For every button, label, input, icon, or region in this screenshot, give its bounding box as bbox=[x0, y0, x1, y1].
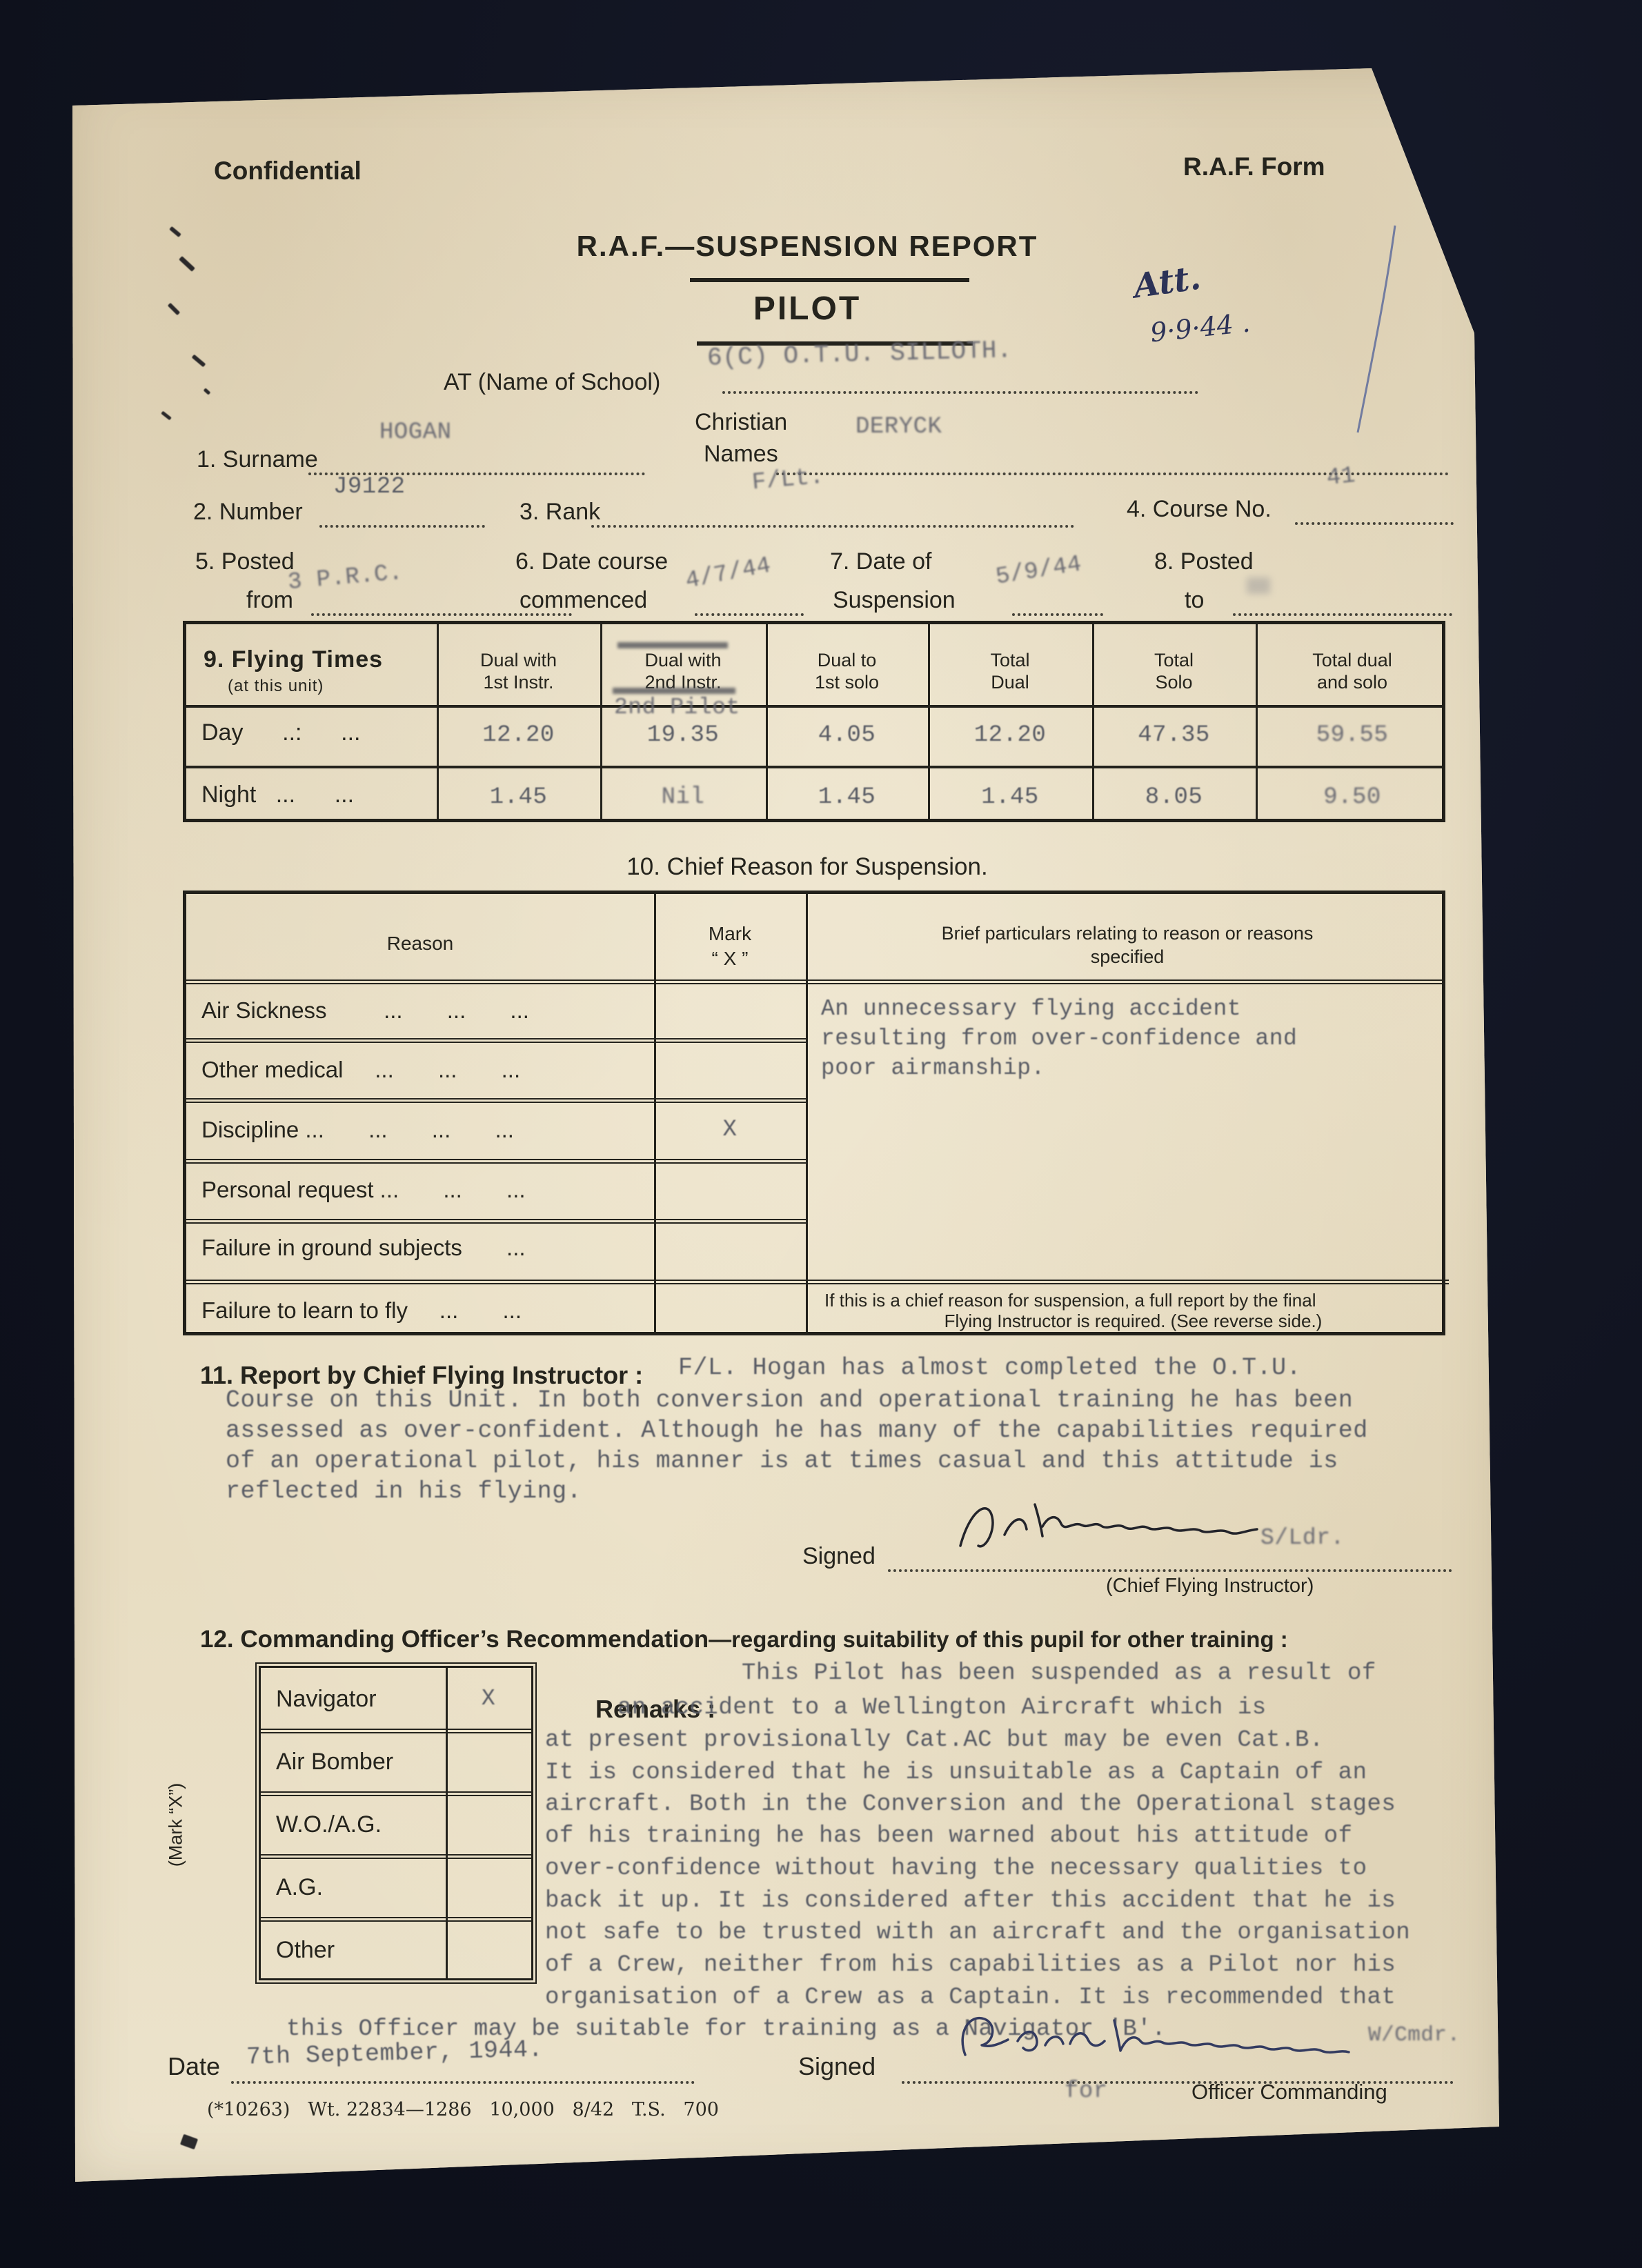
remarks-typed-line: of his training he has been warned about… bbox=[545, 1823, 1353, 1849]
table-row-line bbox=[261, 1854, 531, 1856]
table-row-line bbox=[186, 1159, 808, 1160]
course-no-typed: 41 bbox=[1325, 463, 1357, 492]
for-typed: for bbox=[1065, 2078, 1108, 2105]
print-code: (*10263) Wt. 22834—1286 10,000 8/42 T.S.… bbox=[207, 2099, 719, 2120]
col-header-particulars: Brief particulars relating to reason or … bbox=[806, 922, 1449, 968]
cfi-signature bbox=[952, 1486, 1283, 1569]
reason-footnote: If this is a chief reason for suspension… bbox=[824, 1290, 1442, 1331]
cfi-typed-line: of an operational pilot, his manner is a… bbox=[226, 1447, 1338, 1475]
overtype-strike-line bbox=[617, 642, 728, 648]
night-value: 1.45 bbox=[928, 784, 1092, 810]
flying-times-table: 9. Flying Times (at this unit) Dual with… bbox=[183, 621, 1445, 822]
date-label: Date bbox=[168, 2052, 220, 2081]
cfi-typed-line: reflected in his flying. bbox=[226, 1478, 582, 1505]
confidential-label: Confidential bbox=[214, 157, 362, 186]
col-header-reason: Reason bbox=[186, 933, 654, 955]
particulars-typed-line: poor airmanship. bbox=[821, 1055, 1045, 1081]
co-signed-label: Signed bbox=[798, 2052, 876, 2081]
ink-speck bbox=[192, 355, 206, 368]
title-underline bbox=[690, 278, 969, 282]
co-heading-bold: 12. Commanding Officer’s Recommendation bbox=[200, 1626, 709, 1653]
rank-label: 3. Rank bbox=[520, 499, 600, 526]
night-value: Nil bbox=[600, 784, 766, 810]
col-header-mark: Mark “ X ” bbox=[654, 922, 806, 971]
col-header-line: Total bbox=[928, 649, 1092, 671]
posted-from-typed: 3 P.R.C. bbox=[287, 560, 404, 596]
ink-speck bbox=[179, 256, 195, 272]
table-row-line bbox=[186, 1098, 808, 1100]
posted-to-label-2: to bbox=[1185, 587, 1204, 614]
number-label: 2. Number bbox=[193, 499, 303, 526]
table-row-line bbox=[186, 979, 1442, 981]
remarks-typed-line: It is considered that he is unsuitable a… bbox=[545, 1760, 1367, 1786]
col-header-line: and solo bbox=[1256, 671, 1449, 693]
mark-x-caption: (Mark “X”) bbox=[166, 1749, 187, 1901]
christian-names-typed: DERYCK bbox=[855, 414, 942, 440]
posted-to-smudge bbox=[1247, 577, 1270, 594]
at-school-label: AT (Name of School) bbox=[444, 369, 660, 396]
table-row-line bbox=[186, 766, 1442, 768]
overtype-strike-line bbox=[613, 688, 735, 694]
col-header-overtype: 2nd Pilot bbox=[614, 695, 740, 720]
col-header-dual-2nd: Dual with 2nd Instr. bbox=[600, 649, 766, 693]
col-header-line: 1st Instr. bbox=[437, 671, 600, 693]
co-mark-table: Navigator X Air Bomber W.O./A.G. A.G. Ot… bbox=[259, 1666, 533, 1980]
night-value: 1.45 bbox=[766, 784, 928, 810]
remarks-typed-line: at present provisionally Cat.AC but may … bbox=[545, 1727, 1324, 1753]
christian-label-2: Names bbox=[704, 441, 778, 468]
posted-from-label-2: from bbox=[246, 587, 293, 614]
col-header-total-solo: Total Solo bbox=[1092, 649, 1256, 693]
scan-background: Confidential R.A.F. Form R.A.F.—SUSPENSI… bbox=[0, 0, 1642, 2268]
date-commenced-typed: 4/7/44 bbox=[684, 553, 773, 595]
cfi-heading: 11. Report by Chief Flying Instructor : bbox=[200, 1361, 643, 1390]
date-suspension-label-1: 7. Date of bbox=[830, 548, 931, 575]
handwritten-initials: Att. bbox=[1131, 258, 1203, 306]
table-row-line bbox=[261, 1791, 531, 1793]
day-value: 19.35 bbox=[600, 722, 766, 748]
ink-speck bbox=[161, 411, 172, 421]
col-header-line: Dual to bbox=[766, 649, 928, 671]
number-typed: J9122 bbox=[333, 474, 406, 500]
reason-row-learn-to-fly: Failure to learn to fly ... ... bbox=[201, 1297, 522, 1324]
raf-form-label: R.A.F. Form bbox=[1183, 152, 1325, 181]
school-name-line bbox=[722, 391, 1198, 394]
table-column-line bbox=[446, 1668, 448, 1978]
col-header-dual-1st: Dual with 1st Instr. bbox=[437, 649, 600, 693]
table-row-line bbox=[261, 1729, 531, 1730]
night-value: 1.45 bbox=[437, 784, 600, 810]
col-header-total-all: Total dual and solo bbox=[1256, 649, 1449, 693]
table-row-line bbox=[186, 705, 1442, 708]
table-row-line bbox=[186, 1280, 808, 1281]
cfi-typed-line: F/L. Hogan has almost completed the O.T.… bbox=[678, 1354, 1301, 1382]
co-row-ag: A.G. bbox=[276, 1874, 323, 1901]
co-heading: 12. Commanding Officer’s Recommendation—… bbox=[200, 1626, 1288, 1653]
table-row-line bbox=[186, 1038, 808, 1039]
reason-row-personal-request: Personal request ... ... ... bbox=[201, 1177, 526, 1203]
course-no-label: 4. Course No. bbox=[1127, 496, 1272, 523]
co-row-air-bomber: Air Bomber bbox=[276, 1749, 393, 1775]
col-header-total-dual: Total Dual bbox=[928, 649, 1092, 693]
day-value: 12.20 bbox=[928, 722, 1092, 748]
col-header-line: Solo bbox=[1092, 671, 1256, 693]
remarks-typed-line: back it up. It is considered after this … bbox=[545, 1888, 1396, 1914]
col-header-line: “ X ” bbox=[654, 946, 806, 971]
cfi-typed-line: assessed as over-confident. Although he … bbox=[226, 1417, 1368, 1444]
date-commenced-label-2: commenced bbox=[520, 587, 647, 614]
night-value: 9.50 bbox=[1256, 784, 1449, 810]
day-value: 4.05 bbox=[766, 722, 928, 748]
remarks-typed-line: not safe to be trusted with an aircraft … bbox=[545, 1920, 1410, 1946]
day-value: 47.35 bbox=[1092, 722, 1256, 748]
col-header-line: 1st solo bbox=[766, 671, 928, 693]
date-suspension-label-2: Suspension bbox=[833, 587, 956, 614]
date-line bbox=[231, 2081, 695, 2084]
number-line bbox=[319, 525, 485, 528]
date-commenced-line bbox=[695, 613, 804, 616]
remarks-typed-line: This Pilot has been suspended as a resul… bbox=[742, 1660, 1376, 1687]
reason-row-air-sickness: Air Sickness ... ... ... bbox=[201, 997, 529, 1024]
cfi-typed-line: Course on this Unit. In both conversion … bbox=[226, 1386, 1353, 1414]
co-heading-rest: —regarding suitability of this pupil for… bbox=[709, 1627, 1288, 1652]
col-header-line: Total dual bbox=[1256, 649, 1449, 671]
officer-commanding-caption: Officer Commanding bbox=[1191, 2080, 1387, 2105]
posted-from-label-1: 5. Posted bbox=[195, 548, 295, 575]
ink-speck bbox=[180, 2134, 198, 2150]
document-subtitle: PILOT bbox=[669, 290, 945, 328]
flying-times-subtitle: (at this unit) bbox=[228, 677, 324, 696]
co-signature bbox=[954, 2005, 1368, 2081]
document-paper: Confidential R.A.F. Form R.A.F.—SUSPENSI… bbox=[66, 66, 1504, 2187]
particulars-typed-line: An unnecessary flying accident bbox=[821, 996, 1241, 1022]
table-row-line bbox=[261, 1917, 531, 1918]
night-value: 8.05 bbox=[1092, 784, 1256, 810]
reason-table: Reason Mark “ X ” Brief particulars rela… bbox=[183, 891, 1445, 1335]
col-header-line: Dual with bbox=[437, 649, 600, 671]
footnote-line: If this is a chief reason for suspension… bbox=[824, 1290, 1442, 1311]
col-header-line: Dual bbox=[928, 671, 1092, 693]
col-header-dual-solo: Dual to 1st solo bbox=[766, 649, 928, 693]
row-label-night: Night ... ... bbox=[201, 782, 354, 808]
cfi-signed-label: Signed bbox=[802, 1543, 876, 1570]
co-row-other: Other bbox=[276, 1937, 335, 1964]
cfi-signed-caption: (Chief Flying Instructor) bbox=[1106, 1575, 1314, 1598]
day-value: 59.55 bbox=[1256, 722, 1449, 748]
rank-line bbox=[591, 525, 1074, 528]
col-header-line: specified bbox=[806, 945, 1449, 968]
reason-row-ground-subjects: Failure in ground subjects ... bbox=[201, 1235, 526, 1261]
particulars-typed-line: resulting from over-confidence and bbox=[821, 1026, 1297, 1051]
date-commenced-label-1: 6. Date course bbox=[515, 548, 668, 575]
remarks-typed-line: of a Crew, neither from his capabilities… bbox=[545, 1952, 1396, 1978]
course-no-line bbox=[1295, 522, 1454, 525]
ink-speck bbox=[169, 226, 181, 237]
remarks-typed-line: an accident to a Wellington Aircraft whi… bbox=[617, 1695, 1267, 1721]
col-header-line: Total bbox=[1092, 649, 1256, 671]
ink-speck bbox=[204, 388, 211, 395]
remarks-typed-line: over-confidence without having the neces… bbox=[545, 1856, 1367, 1882]
posted-to-line bbox=[1233, 613, 1452, 616]
reason-row-other-medical: Other medical ... ... ... bbox=[201, 1057, 520, 1083]
reason-section-title: 10. Chief Reason for Suspension. bbox=[462, 853, 1152, 881]
date-suspension-typed: 5/9/44 bbox=[994, 551, 1084, 590]
remarks-typed-line: aircraft. Both in the Conversion and the… bbox=[545, 1791, 1396, 1818]
cfi-signature-line bbox=[888, 1569, 1452, 1572]
col-header-line: Mark bbox=[654, 922, 806, 946]
row-label-day: Day ..: ... bbox=[201, 719, 361, 746]
posted-to-label-1: 8. Posted bbox=[1154, 548, 1254, 575]
cfi-rank-typed: S/Ldr. bbox=[1260, 1525, 1345, 1551]
day-value: 12.20 bbox=[437, 722, 600, 748]
rank-typed: F/Lt. bbox=[751, 464, 825, 497]
table-row-line bbox=[186, 1219, 808, 1220]
co-row-wo-ag: W.O./A.G. bbox=[276, 1811, 382, 1838]
document-title: R.A.F.—SUSPENSION REPORT bbox=[462, 230, 1152, 263]
table-row-line bbox=[806, 1280, 1449, 1281]
surname-typed: HOGAN bbox=[379, 419, 452, 446]
co-row-navigator: Navigator bbox=[276, 1686, 377, 1713]
reason-row-discipline: Discipline ... ... ... ... bbox=[201, 1117, 514, 1143]
co-rank-typed: W/Cmdr. bbox=[1368, 2023, 1461, 2047]
handwritten-date: 9·9·44 . bbox=[1149, 308, 1252, 348]
discipline-mark-x: X bbox=[654, 1117, 806, 1143]
surname-label: 1. Surname bbox=[197, 446, 318, 473]
navigator-mark-x: X bbox=[446, 1686, 531, 1711]
date-suspension-line bbox=[1012, 613, 1103, 616]
footnote-line: Flying Instructor is required. (See reve… bbox=[824, 1311, 1442, 1331]
ink-speck bbox=[168, 303, 180, 315]
col-header-line: Dual with bbox=[600, 649, 766, 671]
pen-stroke-mark bbox=[1352, 224, 1401, 438]
col-header-line: Brief particulars relating to reason or … bbox=[806, 922, 1449, 945]
flying-times-title: 9. Flying Times bbox=[204, 646, 383, 673]
christian-label-1: Christian bbox=[695, 409, 787, 436]
